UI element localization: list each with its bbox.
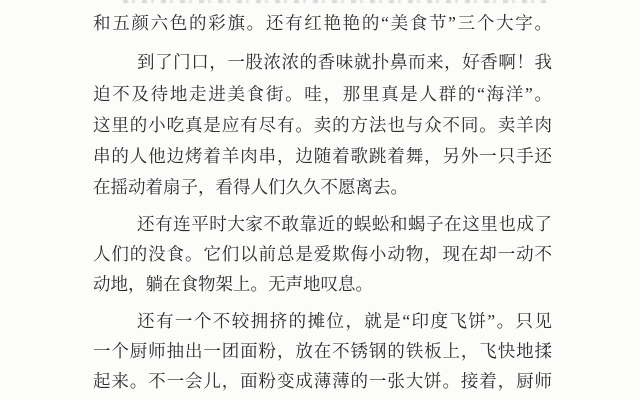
text-line: 迫不及待地走进美食街。哇，那里真是人群的“海洋”。 [93,84,552,106]
text-line: 动地，躺在食物架上。无声地叹息。 [93,274,552,296]
text-line: 这里的小吃真是应有尽有。卖的方法也与众不同。卖羊肉 [93,115,552,137]
text-line: 到了门口，一股浓浓的香味就扑鼻而来，好香啊！我 [93,52,552,74]
document-page: 和五颜六色的彩旗。还有红艳艳的“美食节”三个大字。 到了门口，一股浓浓的香味就扑… [0,0,640,400]
text-line: 起来。不一会儿，面粉变成薄薄的一张大饼。接着，厨师 [93,371,552,393]
text-line: 还有连平时大家不敢靠近的蜈蚣和蝎子在这里也成了 [93,214,552,236]
essay-text-block: 和五颜六色的彩旗。还有红艳艳的“美食节”三个大字。 到了门口，一股浓浓的香味就扑… [93,0,552,400]
text-line: 在摇动着扇子，看得人们久久不愿离去。 [93,177,552,199]
text-line: 串的人他边烤着羊肉串，边随着歌跳着舞，另外一只手还 [93,146,552,168]
text-line: 人们的没食。它们以前总是爱欺侮小动物，现在却一动不 [93,244,552,266]
text-line: 一个厨师抽出一团面粉，放在不锈钢的铁板上，飞快地揉 [93,341,552,363]
text-line: 和五颜六色的彩旗。还有红艳艳的“美食节”三个大字。 [93,13,552,35]
text-line: 还有一个不较拥挤的摊位，就是“印度飞饼”。只见 [93,311,552,333]
